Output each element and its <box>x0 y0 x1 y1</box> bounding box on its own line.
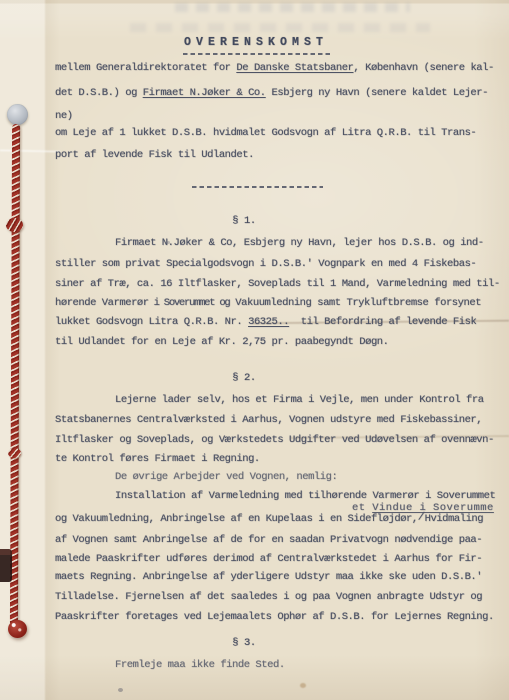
section-2-line: malede Paaskrifter udføres derimod af Ce… <box>55 553 482 566</box>
section-1-line: siner af Træ, ca. 16 Iltflasker, Sovepla… <box>55 278 500 291</box>
ghost-ink-smudge <box>175 3 410 12</box>
body-text: Vakuumledning samt Trykluftbremse forsyn… <box>229 297 481 309</box>
wagon-number: 36325.. <box>248 316 289 328</box>
body-text: hørende Varmerør <box>55 297 149 309</box>
underlined-party-name: De Danske Statsbaner <box>236 62 353 74</box>
section-1-line: stiller som privat Specialgodsvogn i D.S… <box>55 258 476 271</box>
preamble-text: det D.S.B.) og <box>55 87 143 99</box>
section-3-heading: § 3. <box>0 637 488 650</box>
section-3-line: Fremleje maa ikke finde Sted. <box>115 659 285 672</box>
section-2-line: Paaskrifter foretages ved Lejemaalets Op… <box>55 611 494 624</box>
section-2-line: De øvrige Arbejder ved Vognen, nemlig: <box>115 471 337 484</box>
paper-fastener-pin <box>7 104 28 125</box>
body-text: Hvidmaling <box>425 513 484 525</box>
body-text: lukket Godsvogn Litra Q.R.B. Nr. <box>55 316 248 328</box>
preamble-line-3: ne) <box>55 110 73 123</box>
section-1-line: Firmaet N.Jøker & Co, Esbjerg ny Havn, l… <box>115 237 484 250</box>
preamble-line-5: port af levende Fisk til Udlandet. <box>55 149 254 162</box>
section-2-line: te Kontrol føres Firmaet i Regning. <box>55 453 260 466</box>
body-text: og Vakuumledning, Anbringelse af en Kupe… <box>55 513 418 525</box>
scanned-document-page: O V E R E N S K O M S T mellem Generaldi… <box>0 0 509 700</box>
preamble-line-4: om Leje af 1 lukket D.S.B. hvidmalet God… <box>55 127 476 140</box>
section-2-heading: § 2. <box>0 372 488 385</box>
edge-dark-patch <box>0 549 12 582</box>
preamble-text: , København (senere kal- <box>353 62 493 74</box>
underlined-party-name: Firmaet N.Jøker & Co. <box>143 87 266 99</box>
ghost-ink-smudge <box>130 23 430 32</box>
section-divider <box>192 186 323 188</box>
section-1-heading: § 1. <box>0 215 488 228</box>
section-2-line: Statsbanernes Centralværksted i Aarhus, … <box>55 414 482 427</box>
paper-speck <box>118 688 123 692</box>
section-1-line: til Udlandet for en Leje af Kr. 2,75 pr.… <box>55 336 389 349</box>
body-text: til Befordring af levende Fisk <box>289 316 476 328</box>
cord-knot <box>8 448 21 458</box>
section-1-line: hørende Varmerør i Soverummet og Vakuuml… <box>55 297 481 310</box>
preamble-text: Esbjerg ny Havn (senere kaldet Lejer- <box>266 87 488 99</box>
section-2-line: og Vakuumledning, Anbringelse af en Kupe… <box>55 513 483 526</box>
section-2-line: Lejerne lader selv, hos et Firma i Vejle… <box>115 394 484 407</box>
paper-crease <box>0 149 60 152</box>
preamble-line-1: mellem Generaldirektoratet for De Danske… <box>55 62 494 75</box>
section-1-line: lukket Godsvogn Litra Q.R.B. Nr. 36325..… <box>55 316 476 329</box>
section-2-line: maets Regning. Anbringelse af yderligere… <box>55 571 482 584</box>
title-underline <box>183 53 333 55</box>
preamble-line-2: det D.S.B.) og Firmaet N.Jøker & Co. Esb… <box>55 87 488 100</box>
section-2-line: Iltflasker og Soveplads, og Værkstedets … <box>55 434 494 447</box>
section-2-line: af Vognen samt Anbringelse af de for en … <box>55 534 482 547</box>
squeezed-in-text: i Soverummet og <box>149 297 230 309</box>
section-2-line: Tilladelse. Fjernelsen af det saaledes i… <box>55 591 482 604</box>
document-title: O V E R E N S K O M S T <box>0 36 506 49</box>
cord-seal-bead <box>8 620 27 638</box>
paper-speck <box>300 683 306 688</box>
preamble-text: mellem Generaldirektoratet for <box>55 62 236 74</box>
